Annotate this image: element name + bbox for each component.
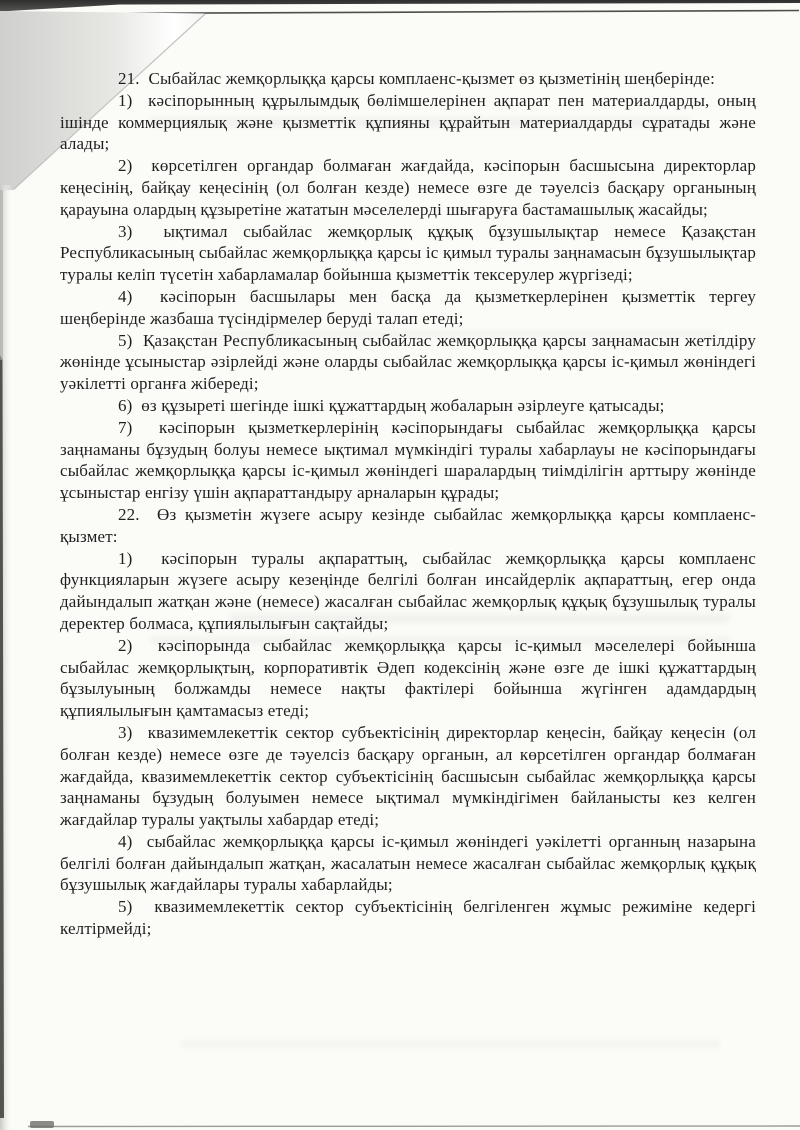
paragraph-number: 6) [118, 396, 132, 415]
paragraph: 3) ықтимал сыбайлас жемқорлық құқық бұзу… [60, 221, 756, 286]
page-top-edge-line [92, 11, 799, 14]
scanned-page: 21. Сыбайлас жемқорлыққа қарсы комплаенс… [0, 0, 800, 1130]
paragraph-number: 2) [118, 636, 132, 655]
scan-top-band [0, 0, 800, 12]
paragraph-text: кәсіпорында сыбайлас жемқорлыққа қарсы і… [60, 636, 756, 720]
paragraph: 21. Сыбайлас жемқорлыққа қарсы комплаенс… [60, 68, 756, 90]
paragraph: 4) кәсіпорын басшылары мен басқа да қызм… [60, 286, 756, 330]
paragraph: 5) квазимемлекеттік сектор субъектісінің… [60, 896, 756, 940]
scan-smudge [180, 1040, 720, 1048]
paragraph: 22. Өз қызметін жүзеге асыру кезінде сыб… [60, 504, 756, 548]
paragraph-number: 4) [118, 287, 132, 306]
paragraph-number: 4) [118, 832, 132, 851]
paragraph-number: 3) [118, 723, 132, 742]
paragraph-number: 5) [118, 897, 132, 916]
paragraph: 7) кәсіпорын қызметкерлерінің кәсіпорынд… [60, 417, 756, 504]
paragraph: 2) көрсетілген органдар болмаған жағдайд… [60, 155, 756, 220]
paragraph-text: кәсіпорынның құрылымдық бөлімшелерінен а… [60, 91, 756, 154]
paragraph-number: 3) [118, 222, 132, 241]
paragraph-text: квазимемлекеттік сектор субъектісінің ди… [60, 723, 756, 829]
paragraph: 1) кәсіпорын туралы ақпараттың, сыбайлас… [60, 548, 756, 635]
paragraph-text: Сыбайлас жемқорлыққа қарсы комплаенс-қыз… [149, 69, 715, 88]
paragraph-text: ықтимал сыбайлас жемқорлық құқық бұзушыл… [60, 222, 756, 285]
paragraph-number: 1) [118, 91, 132, 110]
paragraph: 5) Қазақстан Республикасының сыбайлас же… [60, 330, 756, 395]
paragraph-number: 1) [118, 549, 132, 568]
paragraph: 4) сыбайлас жемқорлыққа қарсы іс-қимыл ж… [60, 831, 756, 896]
paragraph-text: өз құзыреті шегінде ішкі құжаттардың жоб… [141, 396, 664, 415]
paragraph-text: кәсіпорын қызметкерлерінің кәсіпорындағы… [60, 418, 756, 502]
paragraph: 3) квазимемлекеттік сектор субъектісінің… [60, 722, 756, 831]
paragraph-text: сыбайлас жемқорлыққа қарсы іс-қимыл жөні… [60, 832, 756, 895]
paragraph: 2) кәсіпорында сыбайлас жемқорлыққа қарс… [60, 635, 756, 722]
paragraph-text: квазимемлекеттік сектор субъектісінің бе… [60, 897, 756, 938]
paragraph: 1) кәсіпорынның құрылымдық бөлімшелеріне… [60, 90, 756, 155]
paragraph-number: 5) [118, 331, 132, 350]
paragraph-number: 7) [118, 418, 132, 437]
paragraph: 6) өз құзыреті шегінде ішкі құжаттардың … [60, 395, 756, 417]
left-edge-dark-line [0, 355, 4, 1118]
paragraph-text: кәсіпорын басшылары мен басқа да қызметк… [60, 287, 756, 328]
paragraph-text: Өз қызметін жүзеге асыру кезінде сыбайла… [60, 505, 756, 546]
left-edge-shading [0, 185, 12, 1130]
document-body: 21. Сыбайлас жемқорлыққа қарсы комплаенс… [60, 68, 756, 940]
bottom-left-dark-mark [30, 1121, 54, 1128]
paragraph-number: 2) [118, 156, 132, 175]
paragraph-text: кәсіпорын туралы ақпараттың, сыбайлас же… [60, 549, 756, 633]
paragraph-text: Қазақстан Республикасының сыбайлас жемқо… [60, 331, 756, 394]
paragraph-number: 22. [118, 505, 140, 524]
page-bottom-edge-line [28, 1126, 800, 1127]
paragraph-number: 21. [118, 69, 140, 88]
paragraph-text: көрсетілген органдар болмаған жағдайда, … [60, 156, 756, 219]
left-edge-gray-line [0, 190, 3, 360]
